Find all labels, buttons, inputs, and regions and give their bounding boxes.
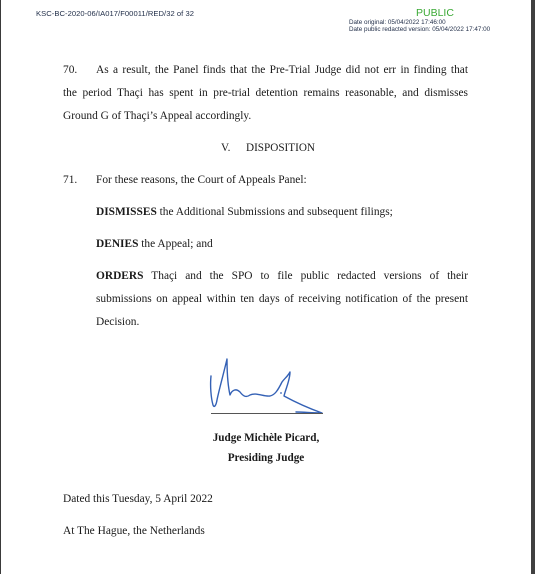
classification-label: PUBLIC (416, 7, 454, 19)
order-dismisses: DISMISSES the Additional Submissions and… (96, 201, 468, 224)
paragraph-70-line: 70.As a result, the Panel finds that the… (63, 59, 468, 82)
order-line: DENIES the Appeal; and (96, 233, 468, 256)
paragraph-70-line: Ground G of Thaçi’s Appeal accordingly. (63, 105, 468, 128)
document-page: KSC-BC-2020-06/IA017/F00011/RED/32 of 32… (0, 0, 535, 574)
signature-icon (200, 350, 335, 420)
vertical-scrollbar[interactable] (531, 0, 535, 574)
date-redacted: Date public redacted version: 05/04/2022… (349, 26, 490, 33)
paragraph-70: 70.As a result, the Panel finds that the… (63, 59, 468, 128)
order-orders: ORDERS Thaçi and the SPO to file public … (96, 265, 468, 334)
place-line: At The Hague, the Netherlands (63, 520, 205, 543)
order-keyword: DISMISSES (96, 206, 157, 218)
order-keyword: ORDERS (96, 270, 143, 282)
document-reference: KSC-BC-2020-06/IA017/F00011/RED/32 of 32 (36, 9, 194, 18)
section-title: DISPOSITION (246, 142, 315, 154)
paragraph-number: 70. (63, 59, 96, 82)
paragraph-70-line: the period Thaçi has spent in pre-trial … (63, 82, 468, 105)
paragraph-text: As a result, the Panel finds that the Pr… (96, 64, 468, 76)
order-line: ORDERS Thaçi and the SPO to file public … (96, 265, 468, 288)
viewer-left-border (0, 0, 1, 574)
section-numeral: V. (221, 137, 246, 160)
judge-title: Presiding Judge (180, 447, 352, 470)
paragraph-number: 71. (63, 169, 96, 192)
dated-line: Dated this Tuesday, 5 April 2022 (63, 488, 213, 511)
section-heading: V.DISPOSITION (221, 137, 315, 160)
date-original: Date original: 05/04/2022 17:46:00 (349, 19, 446, 26)
paragraph-text: For these reasons, the Court of Appeals … (96, 174, 307, 186)
paragraph-71: 71.For these reasons, the Court of Appea… (63, 169, 307, 192)
order-denies: DENIES the Appeal; and (96, 233, 468, 256)
order-text: the Additional Submissions and subsequen… (157, 206, 393, 218)
order-line: DISMISSES the Additional Submissions and… (96, 201, 468, 224)
order-keyword: DENIES (96, 238, 138, 250)
order-text: the Appeal; and (138, 238, 212, 250)
order-line: Decision. (96, 311, 468, 334)
order-text: Thaçi and the SPO to file public redacte… (143, 270, 468, 282)
order-line: submissions on appeal within ten days of… (96, 288, 468, 311)
